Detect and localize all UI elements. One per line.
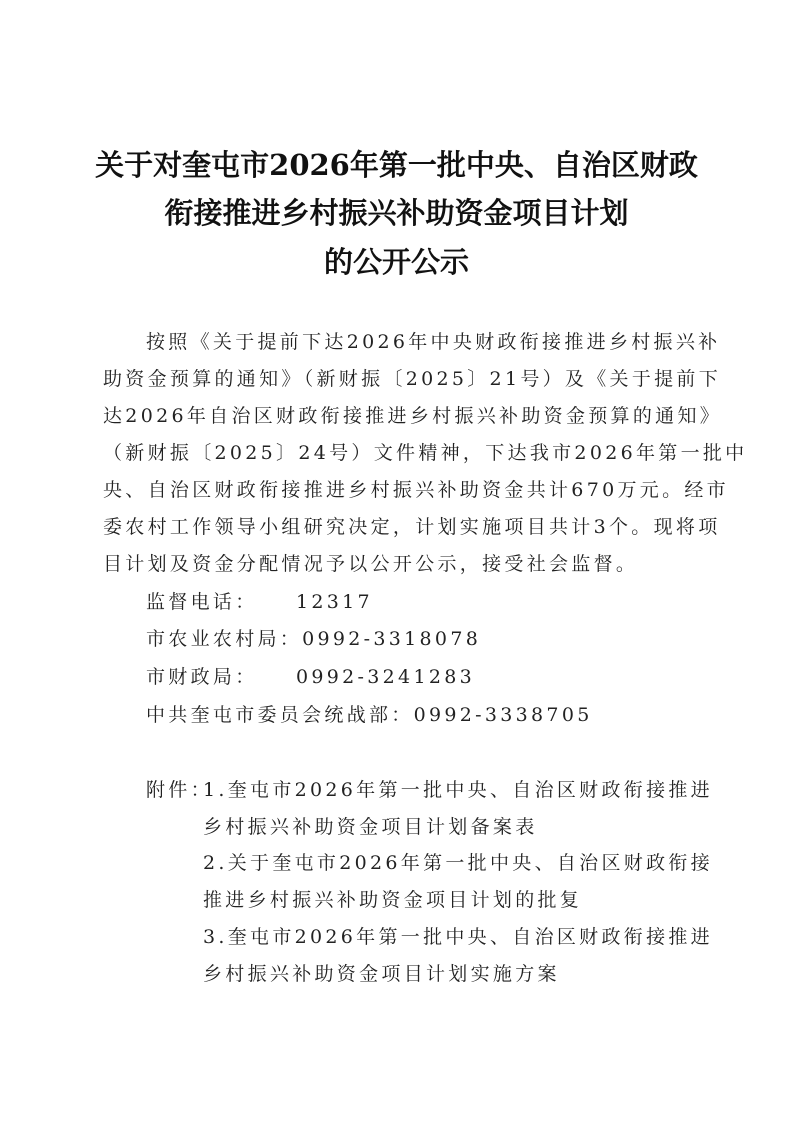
attachment-item-2: 2.关于奎屯市2026年第一批中央、自治区财政衔接: [203, 851, 713, 875]
body-line: 目计划及资金分配情况予以公开公示，接受社会监督。: [103, 552, 638, 576]
document-title-line-2: 衔接推进乡村振兴补助资金项目计划: [0, 189, 793, 237]
body-line: 达2026年自治区财政衔接推进乡村振兴补助资金预算的通知》: [103, 404, 722, 428]
contact-phone: 12317: [296, 591, 373, 613]
attachment-item-3: 3.奎屯市2026年第一批中央、自治区财政衔接推进: [203, 925, 713, 949]
contact-phone: 0992-3338705: [414, 704, 593, 726]
contact-label: 市财政局：: [146, 665, 296, 689]
body-line: （新财振〔2025〕24号）文件精神，下达我市2026年第一批中: [103, 441, 748, 465]
contact-label: 市农业农村局：: [146, 627, 302, 651]
attachment-item-3-cont: 乡村振兴补助资金项目计划实施方案: [203, 962, 560, 986]
body-line: 按照《关于提前下达2026年中央财政衔接推进乡村振兴补: [146, 330, 720, 354]
attachment-item-1: 1.奎屯市2026年第一批中央、自治区财政衔接推进: [203, 778, 713, 802]
contact-supervision-hotline: 监督电话：12317: [146, 590, 373, 614]
contact-phone: 0992-3318078: [302, 628, 481, 650]
body-line: 委农村工作领导小组研究决定，计划实施项目共计3个。现将项: [103, 515, 721, 539]
contact-label: 中共奎屯市委员会统战部：: [146, 703, 414, 727]
contact-finance-bureau: 市财政局：0992-3241283: [146, 665, 475, 689]
contact-united-front-dept: 中共奎屯市委员会统战部：0992-3338705: [146, 703, 593, 727]
contact-label: 监督电话：: [146, 590, 296, 614]
body-line: 助资金预算的通知》（新财振〔2025〕21号）及《关于提前下: [103, 367, 721, 391]
document-title-line-3: 的公开公示: [0, 238, 793, 286]
contact-phone: 0992-3241283: [296, 666, 475, 688]
contact-agriculture-bureau: 市农业农村局：0992-3318078: [146, 627, 481, 651]
attachment-item-2-cont: 推进乡村振兴补助资金项目计划的批复: [203, 888, 582, 912]
attachment-item-1-cont: 乡村振兴补助资金项目计划备案表: [203, 815, 538, 839]
document-title-line-1: 关于对奎屯市2026年第一批中央、自治区财政: [0, 141, 793, 189]
body-line: 央、自治区财政衔接推进乡村振兴补助资金共计670万元。经市: [103, 478, 729, 502]
